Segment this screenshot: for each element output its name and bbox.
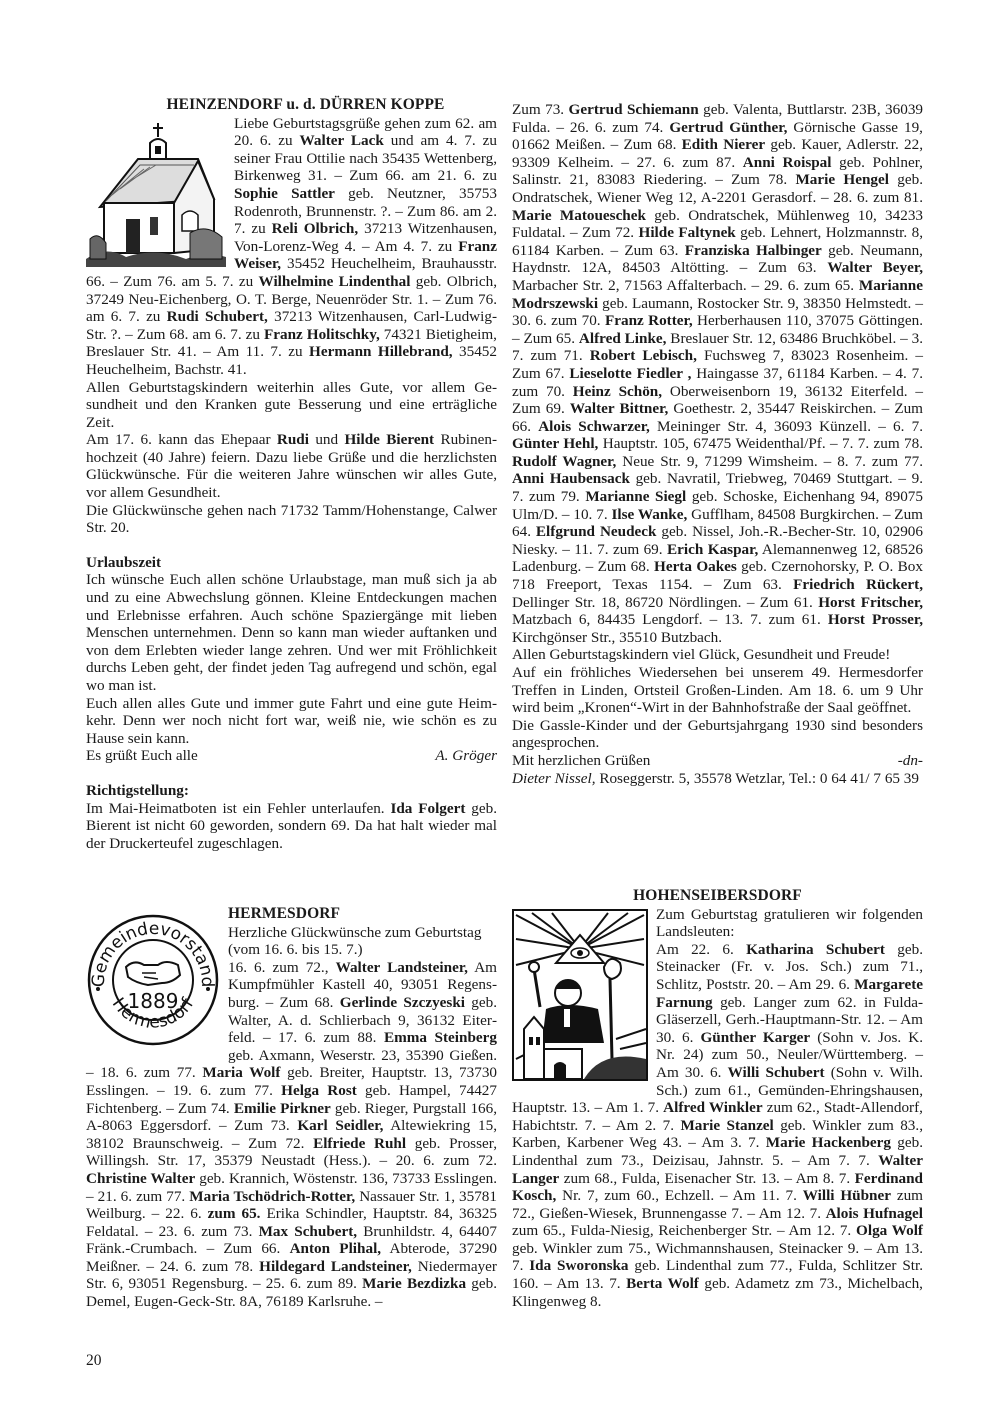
- person-name: Rudolf Wagner,: [512, 453, 616, 470]
- section-title-richtigstellung: Richtigstellung:: [86, 782, 497, 800]
- person-name: Willi Hübner: [803, 1187, 891, 1204]
- saint-icon: [512, 909, 648, 1081]
- saint-woodcut-illustration: [512, 909, 648, 1081]
- paragraph: Die Gassle-Kinder und der Geburtsjahrgan…: [512, 717, 923, 752]
- closing-text: Mit herzlichen Grüßen: [512, 752, 650, 770]
- person-name: Walter Bittner,: [570, 400, 668, 417]
- left-column-bottom: Gemeindevorstand Hermesdorf 1889 HERMESD…: [86, 905, 497, 1311]
- paragraph: Im Mai-Heimatboten ist ein Fehler unterl…: [86, 800, 497, 853]
- paragraph: Auf ein fröhliches Wiedersehen bei unser…: [512, 664, 923, 717]
- person-name: Robert Lebisch,: [590, 347, 697, 364]
- person-name: Friedrich Rückert,: [793, 576, 923, 593]
- svg-text:1889: 1889: [128, 989, 179, 1013]
- person-name: Erich Kaspar,: [667, 541, 758, 558]
- hermesdorf-seal: Gemeindevorstand Hermesdorf 1889: [86, 913, 220, 1047]
- person-name: Anton Plihal,: [290, 1240, 382, 1257]
- person-name: Maria Tschödrich-Rotter,: [189, 1188, 355, 1205]
- signature-line: Es grüßt Euch alle A. Gröger: [86, 747, 497, 765]
- person-name: Hildegard Landsteiner,: [259, 1258, 412, 1275]
- person-name: Anni Haubensack: [512, 470, 630, 487]
- person-name: Marianne Siegl: [585, 488, 686, 505]
- signature-line: Mit herzlichen Grüßen -dn-: [512, 752, 923, 770]
- person-name: Maria Wolf: [202, 1064, 280, 1081]
- person-name: Wilhelmi­ne Lindenthal: [259, 273, 411, 290]
- person-name: Willi Schubert: [728, 1064, 825, 1081]
- paragraph: Die Glückwünsche gehen nach 71732 Tamm/H…: [86, 502, 497, 537]
- person-name: Ida Sworonska: [529, 1257, 628, 1274]
- contact-address: Roseggerstr. 5, 35578 Wetzlar, Tel.: 0 6…: [596, 770, 919, 787]
- person-name: Hilde Bierent: [344, 431, 434, 448]
- paragraph: Ich wünsche Euch allen schöne Urlaubstag…: [86, 571, 497, 694]
- person-name: Marie Hengel: [795, 171, 889, 188]
- person-name: Marie Bez­dizka: [362, 1275, 466, 1292]
- person-name: Alois Schwarzer,: [538, 418, 650, 435]
- section-title-urlaubszeit: Urlaubszeit: [86, 554, 497, 572]
- page-number: 20: [86, 1352, 102, 1370]
- paragraph: Allen Geburtstagskindern viel Glück, Ges…: [512, 646, 923, 664]
- person-name: Elfgrund Neudeck: [536, 523, 657, 540]
- person-name: Marie Matoueschek: [512, 207, 646, 224]
- person-name: Rudi Schubert,: [167, 308, 268, 325]
- person-name: Christine Walter: [86, 1170, 195, 1187]
- paragraph: Zum 73. Gertrud Schiemann geb. Valenta, …: [512, 101, 923, 646]
- closing-text: Es grüßt Euch alle: [86, 747, 198, 765]
- person-name: Olga Wolf: [856, 1222, 923, 1239]
- person-name: Max Schubert,: [259, 1223, 358, 1240]
- person-name: Franz Holitschky,: [264, 326, 380, 343]
- person-name: Walter Landsteiner,: [336, 959, 468, 976]
- signature: -dn-: [898, 752, 923, 770]
- person-name: Alfred Linke,: [579, 330, 667, 347]
- person-name: Karl Seidler,: [297, 1117, 383, 1134]
- person-name: Reli Olbrich,: [272, 220, 359, 237]
- person-name: Franz Rotter,: [605, 312, 693, 329]
- person-name: Marie Hackenberg: [766, 1134, 891, 1151]
- paragraph: Euch allen alles Gute und immer gute Fah…: [86, 695, 497, 748]
- person-name: Helga Rost: [281, 1082, 357, 1099]
- paragraph: Allen Geburtstagskindern weiterhin alles…: [86, 379, 497, 432]
- person-name: Marie Stanzel: [680, 1117, 773, 1134]
- contact-line: Dieter Nissel, Roseggerstr. 5, 35578 Wet…: [512, 770, 923, 788]
- person-name: Horst Fritscher,: [818, 594, 923, 611]
- person-name: Gerlinde Szczyeski: [340, 994, 465, 1011]
- chapel-icon: [86, 119, 226, 267]
- section-title-heinzendorf: HEINZENDORF u. d. DÜRREN KOPPE: [86, 96, 497, 114]
- person-name: Ilse Wanke,: [612, 506, 688, 523]
- left-column-top: HEINZENDORF u. d. DÜRREN KOPPE Liebe Geb…: [86, 96, 497, 852]
- person-name: Ida Folgert: [390, 800, 465, 817]
- person-name: Heinz Schön,: [573, 383, 662, 400]
- seal-icon: Gemeindevorstand Hermesdorf 1889: [86, 913, 220, 1047]
- person-name: Günter Hehl,: [512, 435, 598, 452]
- paragraph: Am 17. 6. kann das Ehepaar Rudi und Hild…: [86, 431, 497, 501]
- section-title-hohenseibersdorf: HOHENSEIBERSDORF: [512, 887, 923, 905]
- right-column-top: Zum 73. Gertrud Schiemann geb. Valenta, …: [512, 101, 923, 787]
- person-name: zum 65.: [208, 1205, 261, 1222]
- person-name: Elfriede Ruhl: [313, 1135, 406, 1152]
- person-name: Emilie Pirkner: [234, 1100, 331, 1117]
- person-name: Gertrud Günther,: [669, 119, 787, 136]
- person-name: Edith Nierer: [682, 136, 765, 153]
- person-name: Sophie Sattler: [234, 185, 335, 202]
- person-name: Günther Karger: [700, 1029, 810, 1046]
- person-name: Anni Roispal: [743, 154, 832, 171]
- person-name: Gertrud Schiemann: [569, 101, 699, 118]
- person-name: Alfred Winkler: [663, 1099, 762, 1116]
- handshake-icon: [126, 962, 180, 985]
- person-name: Berta Wolf: [626, 1275, 699, 1292]
- person-name: Franziska Halbinger: [685, 242, 822, 259]
- person-name: Hilde Faltynek: [639, 224, 736, 241]
- person-name: Rudi: [277, 431, 309, 448]
- person-name: Horst Prosser,: [828, 611, 923, 628]
- chapel-illustration: [86, 119, 226, 267]
- person-name: Katharina Schubert: [746, 941, 885, 958]
- signature: A. Gröger: [435, 747, 497, 765]
- person-name: Lieselotte Fiedler ,: [569, 365, 691, 382]
- person-name: Walter Lack: [300, 132, 384, 149]
- person-name: Emma Steinberg: [384, 1029, 497, 1046]
- person-name: Herta Oakes: [654, 558, 737, 575]
- person-name: Hermann Hillebrand,: [309, 343, 453, 360]
- contact-name: Dieter Nissel,: [512, 770, 596, 787]
- person-name: Walter Beyer,: [827, 259, 923, 276]
- person-name: Alois Hufnagel: [826, 1205, 923, 1222]
- right-column-bottom: HOHENSEIBERSDORF: [512, 887, 923, 1310]
